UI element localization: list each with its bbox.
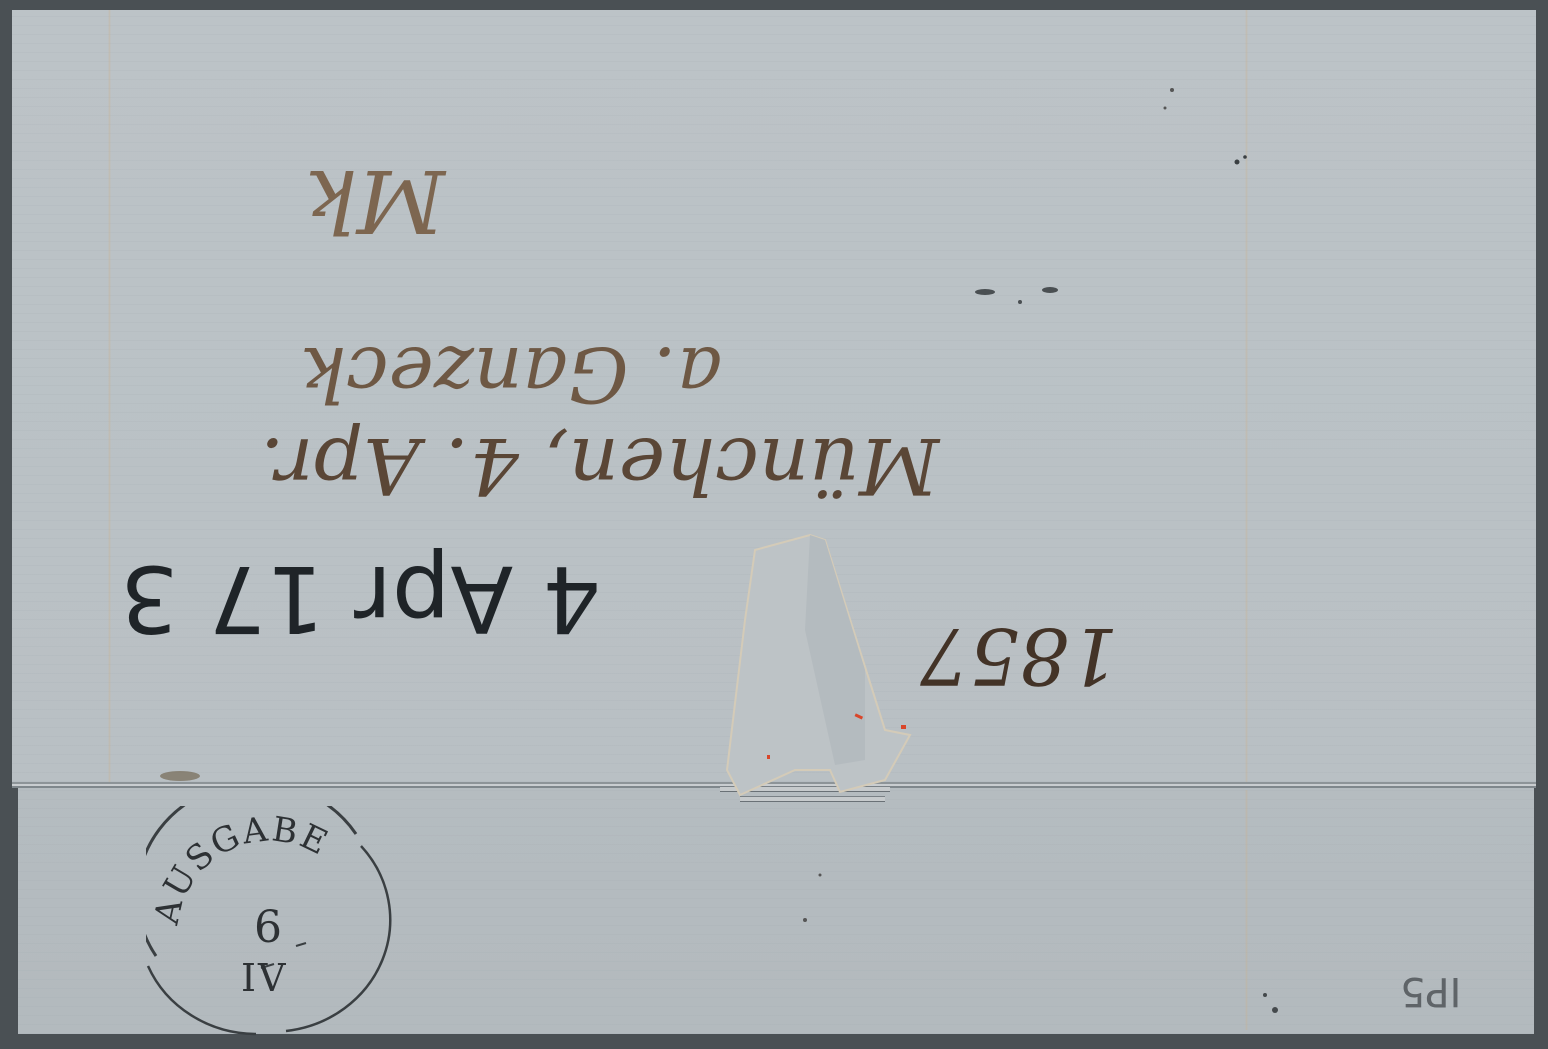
postmark-day: 6	[254, 902, 282, 953]
handwriting-line: München, 4. Apr.	[260, 420, 939, 510]
postmark-stamp: AUSGABE 6 IV	[146, 806, 392, 1036]
pencil-note: IP5	[1400, 968, 1461, 1014]
postmark-month: IV	[241, 956, 287, 1000]
fold-line	[1245, 790, 1248, 1030]
handwriting-line: Mk	[305, 150, 445, 250]
fold-line	[1245, 10, 1248, 782]
torn-seal	[715, 530, 915, 800]
handwriting-line: a. Ganzeck	[300, 330, 722, 419]
arrival-note: 4 Apr 17 3	[120, 545, 601, 652]
fold-line	[108, 10, 111, 782]
svg-text:AUSGABE: AUSGABE	[147, 809, 336, 928]
handwritten-year: 1857	[920, 610, 1119, 700]
